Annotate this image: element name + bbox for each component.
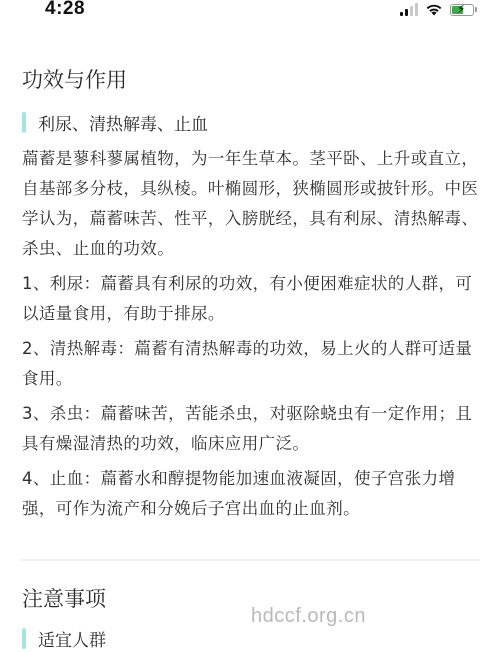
effect-item-insecticide: 3、杀虫：萹蓄味苦，苦能杀虫，对驱除蛲虫有一定作用；且具有燥湿清热的功效，临床应… xyxy=(22,399,484,459)
battery-charging-icon: ⚡ xyxy=(450,4,477,16)
subheading-effects: 利尿、清热解毒、止血 xyxy=(22,110,208,135)
effect-item-diuretic: 1、利尿：萹蓄具有利尿的功效，有小便困难症状的人群，可以适量食用，有助于排尿。 xyxy=(22,269,484,329)
effect-item-detox: 2、清热解毒：萹蓄有清热解毒的功效，易上火的人群可适量食用。 xyxy=(22,334,484,394)
wifi-icon xyxy=(425,3,443,16)
section-title-precautions: 注意事项 xyxy=(22,583,106,613)
section-divider xyxy=(22,559,480,561)
accent-bar xyxy=(22,628,26,649)
status-time: 4:28 xyxy=(45,0,85,20)
subheading-text: 利尿、清热解毒、止血 xyxy=(38,110,208,135)
effect-item-hemostasis: 4、止血：萹蓄水和醇提物能加速血液凝固，使子宫张力增强，可作为流产和分娩后子宫出… xyxy=(22,464,484,524)
status-icons: ⚡ xyxy=(400,3,477,16)
section-title-effects: 功效与作用 xyxy=(22,64,127,94)
effects-body: 萹蓄是蓼科蓼属植物，为一年生草本。茎平卧、上升或直立，自基部多分枝，具纵棱。叶椭… xyxy=(22,144,484,524)
subheading-text: 适宜人群 xyxy=(38,626,106,651)
intro-paragraph: 萹蓄是蓼科蓼属植物，为一年生草本。茎平卧、上升或直立，自基部多分枝，具纵棱。叶椭… xyxy=(22,144,484,264)
accent-bar xyxy=(22,112,26,133)
cellular-signal-icon xyxy=(400,3,418,16)
watermark: hdccf.org.cn xyxy=(251,605,366,628)
subheading-suitable-people: 适宜人群 xyxy=(22,626,106,651)
status-bar: 4:28 ⚡ xyxy=(0,0,500,24)
